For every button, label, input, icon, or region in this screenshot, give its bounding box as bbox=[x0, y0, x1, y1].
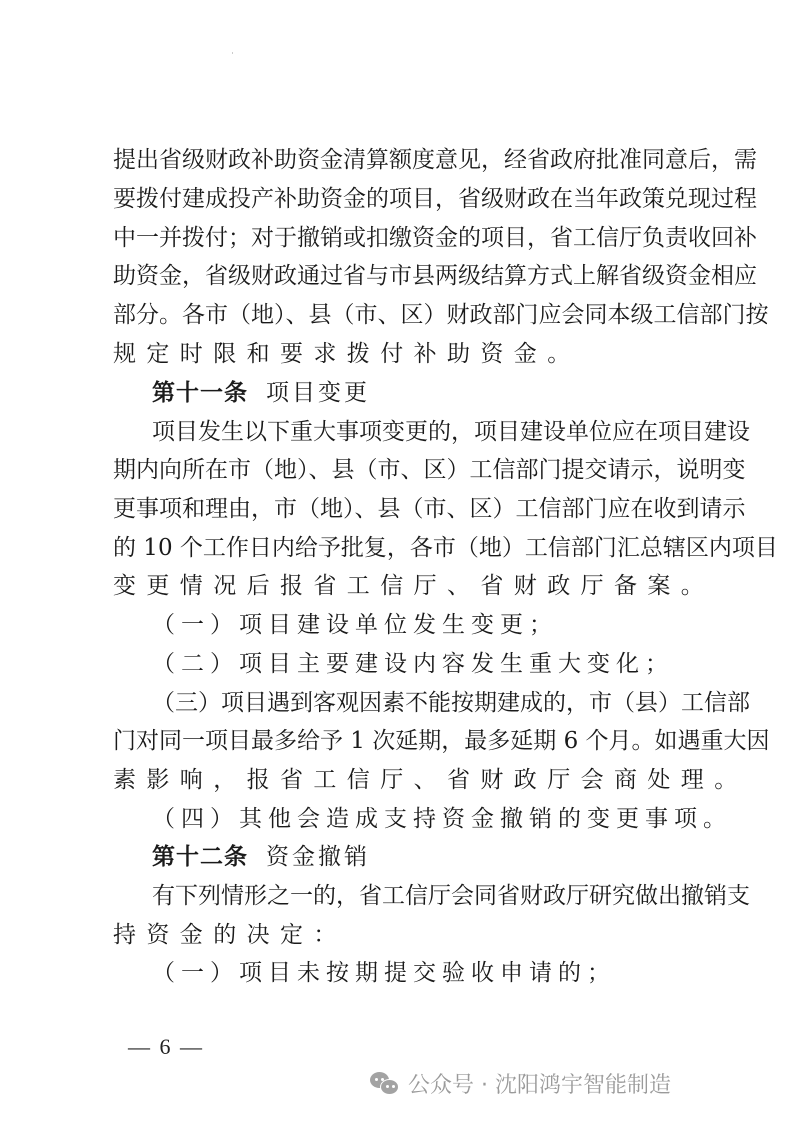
text-line: 项目发生以下重大事项变更的，项目建设单位应在项目建设 bbox=[152, 417, 723, 447]
text-line: 变更情况后报省工信厅、省财政厅备案。 bbox=[113, 571, 723, 601]
text-line: 有下列情形之一的，省工信厅会同省财政厅研究做出撤销支 bbox=[152, 881, 723, 911]
list-item: （二）项目主要建设内容发生重大变化； bbox=[152, 649, 723, 679]
article-heading-12: 第十二条资金撤销 bbox=[152, 842, 723, 872]
list-item: （一）项目建设单位发生变更； bbox=[152, 610, 723, 640]
wechat-icon bbox=[370, 1070, 402, 1096]
page-number: — 6 — bbox=[128, 1033, 204, 1061]
text-line: 期内向所在市（地）、县（市、区）工信部门提交请示，说明变 bbox=[113, 455, 723, 485]
text-line: 助资金，省级财政通过省与市县两级结算方式上解省级资金相应 bbox=[113, 261, 723, 291]
list-item: （四）其他会造成支持资金撤销的变更事项。 bbox=[152, 804, 723, 834]
watermark-text: 公众号 · 沈阳鸿宇智能制造 bbox=[408, 1068, 671, 1099]
text-line: 要拨付建成投产补助资金的项目，省级财政在当年政策兑现过程 bbox=[113, 184, 723, 214]
text-line: 持资金的决定： bbox=[113, 920, 723, 950]
article-title: 项目变更 bbox=[266, 380, 370, 406]
text-line: 规定时限和要求拨付补助资金。 bbox=[113, 339, 723, 369]
article-heading-11: 第十一条项目变更 bbox=[152, 378, 723, 408]
article-title: 资金撤销 bbox=[266, 844, 370, 870]
article-number: 第十二条 bbox=[152, 844, 248, 870]
text-line: 门对同一项目最多给予 1 次延期，最多延期 6 个月。如遇重大因 bbox=[113, 726, 723, 756]
scan-artifact bbox=[232, 52, 233, 54]
text-line: 中一并拨付；对于撤销或扣缴资金的项目，省工信厅负责收回补 bbox=[113, 223, 723, 253]
list-item: （一）项目未按期提交验收申请的； bbox=[152, 958, 723, 988]
text-line: 更事项和理由，市（地）、县（市、区）工信部门应在收到请示 bbox=[113, 494, 723, 524]
watermark: 公众号 · 沈阳鸿宇智能制造 bbox=[370, 1067, 671, 1099]
list-item: （三）项目遇到客观因素不能按期建成的，市（县）工信部 bbox=[152, 688, 723, 718]
text-line: 素影响，报省工信厅、省财政厅会商处理。 bbox=[113, 765, 723, 795]
text-line: 的 10 个工作日内给予批复，各市（地）工信部门汇总辖区内项目 bbox=[113, 533, 723, 563]
article-number: 第十一条 bbox=[152, 380, 248, 406]
text-line: 部分。各市（地）、县（市、区）财政部门应会同本级工信部门按 bbox=[113, 300, 723, 330]
document-page: 提出省级财政补助资金清算额度意见，经省政府批准同意后，需 要拨付建成投产补助资金… bbox=[0, 0, 793, 1121]
text-line: 提出省级财政补助资金清算额度意见，经省政府批准同意后，需 bbox=[113, 145, 723, 175]
